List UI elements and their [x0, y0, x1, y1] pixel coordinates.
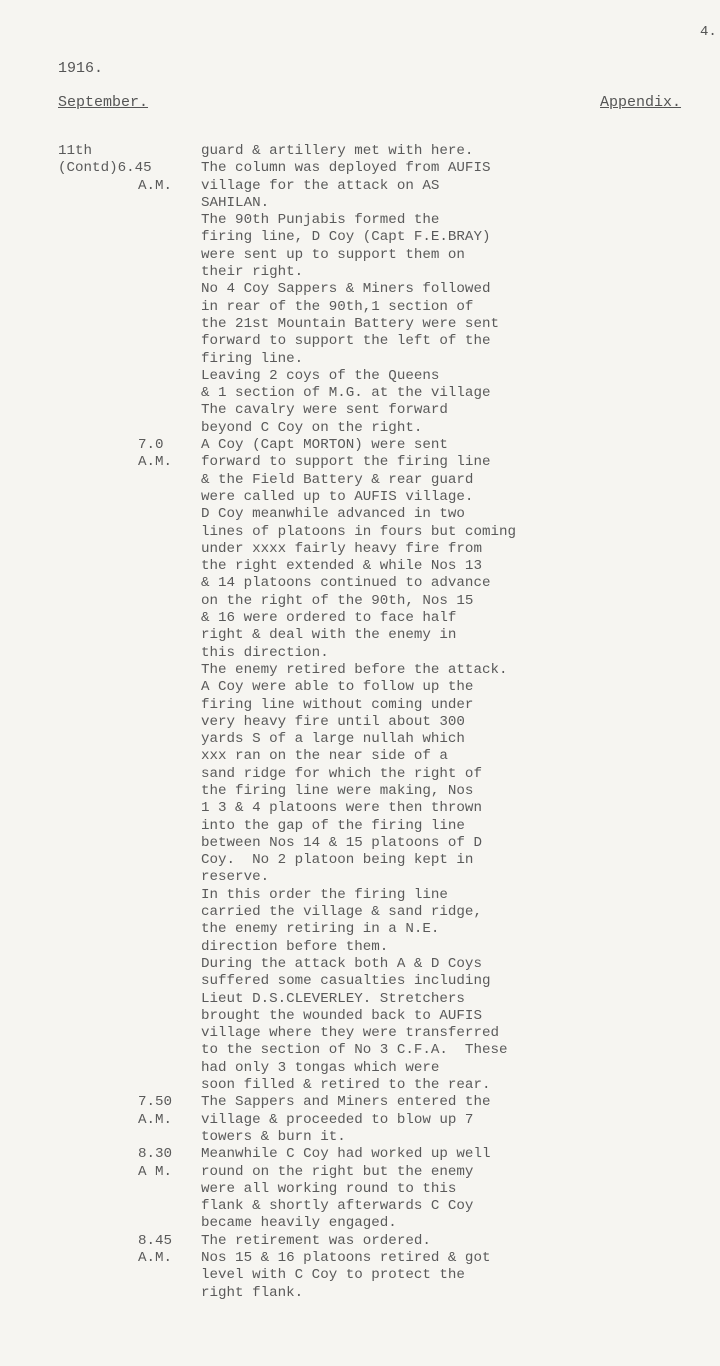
month-heading: September.: [58, 94, 148, 111]
entry-text: the firing line were making, Nos: [201, 783, 473, 800]
entry-text: & 1 section of M.G. at the village: [201, 385, 490, 402]
diary-line: suffered some casualties including: [0, 973, 720, 990]
diary-line: firing line without coming under: [0, 697, 720, 714]
diary-line: the 21st Mountain Battery were sent: [0, 316, 720, 333]
entry-text: under xxxx fairly heavy fire from: [201, 541, 482, 558]
entry-text: yards S of a large nullah which: [201, 731, 465, 748]
diary-line: very heavy fire until about 300: [0, 714, 720, 731]
entry-text: firing line, D Coy (Capt F.E.BRAY): [201, 229, 490, 246]
diary-line: the enemy retiring in a N.E.: [0, 921, 720, 938]
diary-line: A.M.village & proceeded to blow up 7: [0, 1112, 720, 1129]
entry-text: right flank.: [201, 1285, 303, 1302]
diary-line: & the Field Battery & rear guard: [0, 472, 720, 489]
diary-line: 7.0A Coy (Capt MORTON) were sent: [0, 437, 720, 454]
time-label: 11th: [58, 143, 198, 160]
diary-line: brought the wounded back to AUFIS: [0, 1008, 720, 1025]
entry-text: flank & shortly afterwards C Coy: [201, 1198, 473, 1215]
entry-text: xxx ran on the near side of a: [201, 748, 448, 765]
diary-line: 8.45The retirement was ordered.: [0, 1233, 720, 1250]
diary-line: A.M.Nos 15 & 16 platoons retired & got: [0, 1250, 720, 1267]
diary-line: level with C Coy to protect the: [0, 1267, 720, 1284]
entry-text: into the gap of the firing line: [201, 818, 465, 835]
entry-text: soon filled & retired to the rear.: [201, 1077, 490, 1094]
entry-text: No 4 Coy Sappers & Miners followed: [201, 281, 490, 298]
entry-text: became heavily engaged.: [201, 1215, 397, 1232]
diary-line: 7.50The Sappers and Miners entered the: [0, 1094, 720, 1111]
diary-line: xxx ran on the near side of a: [0, 748, 720, 765]
diary-line: firing line, D Coy (Capt F.E.BRAY): [0, 229, 720, 246]
entry-text: very heavy fire until about 300: [201, 714, 465, 731]
diary-line: The 90th Punjabis formed the: [0, 212, 720, 229]
entry-text: The cavalry were sent forward: [201, 402, 448, 419]
diary-line: flank & shortly afterwards C Coy: [0, 1198, 720, 1215]
entry-text: reserve.: [201, 869, 269, 886]
diary-line: became heavily engaged.: [0, 1215, 720, 1232]
entry-text: lines of platoons in fours but coming: [201, 524, 516, 541]
diary-line: the firing line were making, Nos: [0, 783, 720, 800]
entry-text: forward to support the firing line: [201, 454, 490, 471]
diary-line: The cavalry were sent forward: [0, 402, 720, 419]
entry-text: SAHILAN.: [201, 195, 269, 212]
page-number: 4.: [700, 24, 717, 40]
entry-text: right & deal with the enemy in: [201, 627, 456, 644]
entry-text: level with C Coy to protect the: [201, 1267, 465, 1284]
entry-text: D Coy meanwhile advanced in two: [201, 506, 465, 523]
entry-text: direction before them.: [201, 939, 388, 956]
entry-text: were called up to AUFIS village.: [201, 489, 473, 506]
entry-text: & 14 platoons continued to advance: [201, 575, 490, 592]
diary-line: carried the village & sand ridge,: [0, 904, 720, 921]
entry-text: firing line.: [201, 351, 303, 368]
entry-text: were all working round to this: [201, 1181, 456, 1198]
diary-line: 11thguard & artillery met with here.: [0, 143, 720, 160]
entry-text: Nos 15 & 16 platoons retired & got: [201, 1250, 490, 1267]
diary-line: & 16 were ordered to face half: [0, 610, 720, 627]
diary-line: D Coy meanwhile advanced in two: [0, 506, 720, 523]
entry-text: between Nos 14 & 15 platoons of D: [201, 835, 482, 852]
diary-line: 1 3 & 4 platoons were then thrown: [0, 800, 720, 817]
diary-line: were all working round to this: [0, 1181, 720, 1198]
entry-text: the enemy retiring in a N.E.: [201, 921, 439, 938]
diary-line: into the gap of the firing line: [0, 818, 720, 835]
diary-line: beyond C Coy on the right.: [0, 420, 720, 437]
time-label: (Contd)6.45: [58, 160, 198, 177]
diary-line: right flank.: [0, 1285, 720, 1302]
entry-text: Lieut D.S.CLEVERLEY. Stretchers: [201, 991, 465, 1008]
diary-line: sand ridge for which the right of: [0, 766, 720, 783]
diary-line: SAHILAN.: [0, 195, 720, 212]
appendix-heading: Appendix.: [600, 94, 681, 111]
entry-text: towers & burn it.: [201, 1129, 346, 1146]
diary-line: under xxxx fairly heavy fire from: [0, 541, 720, 558]
diary-line: Coy. No 2 platoon being kept in: [0, 852, 720, 869]
entry-text: & the Field Battery & rear guard: [201, 472, 473, 489]
war-diary-entries: 11thguard & artillery met with here.(Con…: [0, 143, 720, 1302]
diary-line: between Nos 14 & 15 platoons of D: [0, 835, 720, 852]
entry-text: guard & artillery met with here.: [201, 143, 473, 160]
diary-line: this direction.: [0, 645, 720, 662]
diary-line: in rear of the 90th,1 section of: [0, 299, 720, 316]
entry-text: their right.: [201, 264, 303, 281]
entry-text: village & proceeded to blow up 7: [201, 1112, 473, 1129]
entry-text: A Coy were able to follow up the: [201, 679, 473, 696]
diary-line: (Contd)6.45The column was deployed from …: [0, 160, 720, 177]
entry-text: the right extended & while Nos 13: [201, 558, 482, 575]
entry-text: had only 3 tongas which were: [201, 1060, 439, 1077]
diary-line: & 14 platoons continued to advance: [0, 575, 720, 592]
diary-line: the right extended & while Nos 13: [0, 558, 720, 575]
diary-line: were called up to AUFIS village.: [0, 489, 720, 506]
entry-text: forward to support the left of the: [201, 333, 490, 350]
diary-line: A.M.forward to support the firing line: [0, 454, 720, 471]
entry-text: A Coy (Capt MORTON) were sent: [201, 437, 448, 454]
diary-line: reserve.: [0, 869, 720, 886]
entry-text: carried the village & sand ridge,: [201, 904, 482, 921]
entry-text: Meanwhile C Coy had worked up well: [201, 1146, 490, 1163]
entry-text: Coy. No 2 platoon being kept in: [201, 852, 473, 869]
entry-text: suffered some casualties including: [201, 973, 490, 990]
diary-line: lines of platoons in fours but coming: [0, 524, 720, 541]
diary-line: During the attack both A & D Coys: [0, 956, 720, 973]
entry-text: The enemy retired before the attack.: [201, 662, 508, 679]
diary-line: to the section of No 3 C.F.A. These: [0, 1042, 720, 1059]
entry-text: Leaving 2 coys of the Queens: [201, 368, 439, 385]
year-heading: 1916.: [58, 60, 103, 77]
entry-text: sand ridge for which the right of: [201, 766, 482, 783]
diary-line: & 1 section of M.G. at the village: [0, 385, 720, 402]
entry-text: on the right of the 90th, Nos 15: [201, 593, 473, 610]
diary-line: yards S of a large nullah which: [0, 731, 720, 748]
diary-line: A M.round on the right but the enemy: [0, 1164, 720, 1181]
entry-text: in rear of the 90th,1 section of: [201, 299, 473, 316]
entry-text: to the section of No 3 C.F.A. These: [201, 1042, 508, 1059]
entry-text: this direction.: [201, 645, 329, 662]
diary-line: In this order the firing line: [0, 887, 720, 904]
diary-line: village where they were transferred: [0, 1025, 720, 1042]
diary-line: had only 3 tongas which were: [0, 1060, 720, 1077]
entry-text: In this order the firing line: [201, 887, 448, 904]
diary-line: firing line.: [0, 351, 720, 368]
diary-line: right & deal with the enemy in: [0, 627, 720, 644]
diary-line: 8.30Meanwhile C Coy had worked up well: [0, 1146, 720, 1163]
diary-line: were sent up to support them on: [0, 247, 720, 264]
entry-text: village where they were transferred: [201, 1025, 499, 1042]
diary-line: No 4 Coy Sappers & Miners followed: [0, 281, 720, 298]
entry-text: 1 3 & 4 platoons were then thrown: [201, 800, 482, 817]
diary-line: direction before them.: [0, 939, 720, 956]
diary-line: The enemy retired before the attack.: [0, 662, 720, 679]
entry-text: & 16 were ordered to face half: [201, 610, 456, 627]
entry-text: village for the attack on AS: [201, 178, 439, 195]
entry-text: During the attack both A & D Coys: [201, 956, 482, 973]
diary-line: Lieut D.S.CLEVERLEY. Stretchers: [0, 991, 720, 1008]
entry-text: the 21st Mountain Battery were sent: [201, 316, 499, 333]
diary-line: towers & burn it.: [0, 1129, 720, 1146]
entry-text: brought the wounded back to AUFIS: [201, 1008, 482, 1025]
diary-line: soon filled & retired to the rear.: [0, 1077, 720, 1094]
entry-text: The 90th Punjabis formed the: [201, 212, 439, 229]
entry-text: The column was deployed from AUFIS: [201, 160, 490, 177]
entry-text: firing line without coming under: [201, 697, 473, 714]
diary-line: A Coy were able to follow up the: [0, 679, 720, 696]
entry-text: The retirement was ordered.: [201, 1233, 431, 1250]
diary-line: A.M.village for the attack on AS: [0, 178, 720, 195]
entry-text: The Sappers and Miners entered the: [201, 1094, 490, 1111]
diary-line: forward to support the left of the: [0, 333, 720, 350]
diary-line: on the right of the 90th, Nos 15: [0, 593, 720, 610]
entry-text: were sent up to support them on: [201, 247, 465, 264]
entry-text: round on the right but the enemy: [201, 1164, 473, 1181]
diary-line: Leaving 2 coys of the Queens: [0, 368, 720, 385]
entry-text: beyond C Coy on the right.: [201, 420, 422, 437]
diary-line: their right.: [0, 264, 720, 281]
